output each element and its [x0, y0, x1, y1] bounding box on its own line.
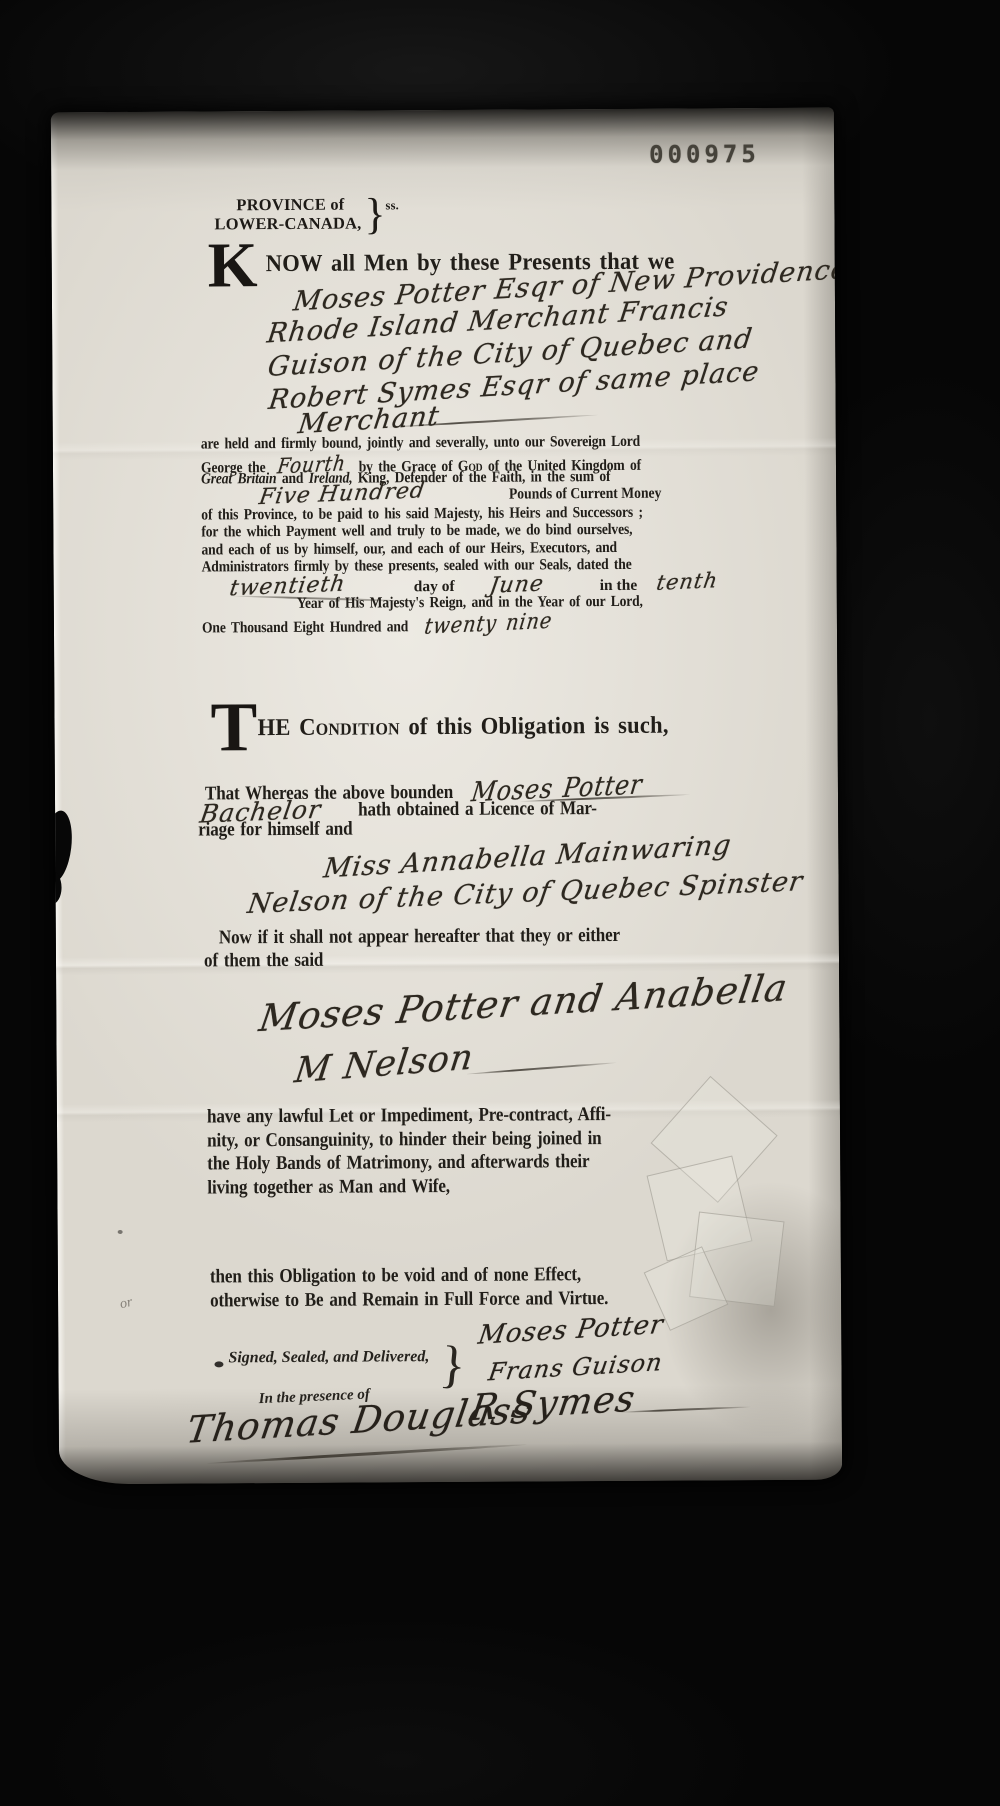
pen-flourish [467, 1062, 617, 1075]
condition-text-smallcaps: Condition [299, 714, 400, 741]
closing-clause: then this Obligation to be void and of n… [210, 1263, 663, 1313]
header-brace: } [364, 188, 385, 239]
document-paper: 000975 PROVINCE of LOWER-CANADA, } ss. K… [51, 108, 842, 1485]
bond-text: Pounds of Current Money [509, 485, 662, 504]
couple-names-script: Moses Potter and Anabella [256, 966, 791, 1040]
document-number-stamp: 000975 [649, 140, 760, 169]
signature-frans-guison: Frans Guison [486, 1348, 664, 1386]
impediment-paragraph: have any lawful Let or Impediment, Pre-c… [207, 1103, 667, 1200]
condition-text: of this Obligation is such, [400, 713, 669, 741]
margin-note: or [119, 1295, 135, 1313]
bond-line: Year of His Majesty's Reign, and in the … [297, 593, 643, 613]
impediment-line: nity, or Consanguinity, to hinder their … [207, 1127, 611, 1153]
bond-line: Five Hundred Pounds of Current Money [201, 483, 671, 506]
ink-speck [118, 1230, 123, 1234]
signature-moses-potter: Moses Potter [476, 1310, 666, 1351]
bond-year-script: twenty nine [423, 608, 554, 639]
now-clause-line: of them the said [204, 950, 323, 973]
bond-text: One Thousand Eight Hundred and [202, 618, 408, 636]
bond-line: One Thousand Eight Hundred and twenty ni… [202, 611, 552, 638]
impediment-line: the Holy Bands of Matrimony, and afterwa… [207, 1150, 611, 1176]
regnal-year-script: tenth [655, 568, 720, 595]
now-clause-line: Now if it shall not appear hereafter tha… [219, 925, 620, 949]
bond-paragraph: are held and firmly bound, jointly and s… [201, 433, 681, 436]
ss-abbreviation: ss. [385, 196, 399, 215]
impediment-line: living together as Man and Wife, [207, 1174, 611, 1200]
ink-speck [214, 1361, 223, 1367]
attestation-brace: } [438, 1335, 469, 1396]
condition-heading: HE Condition of this Obligation is such, [258, 713, 669, 743]
impediment-line: have any lawful Let or Impediment, Pre-c… [207, 1103, 611, 1129]
whereas-text: hath obtained a Licence of Mar- [358, 798, 597, 821]
couple-names-script: M Nelson [292, 1037, 476, 1091]
province-line1: PROVINCE of [214, 196, 361, 215]
signature-thomas-douglass: Thomas Douglass [184, 1388, 535, 1452]
closing-line: then this Obligation to be void and of n… [210, 1263, 608, 1289]
condition-text: HE [258, 715, 300, 741]
attestation-signed-line: Signed, Sealed, and Delivered, [228, 1348, 429, 1367]
closing-line: otherwise to Be and Remain in Full Force… [210, 1287, 608, 1313]
drop-cap-k: K [208, 239, 258, 291]
whereas-line: riage for himself and [198, 819, 352, 842]
scanned-photograph: 000975 PROVINCE of LOWER-CANADA, } ss. K… [0, 0, 1000, 1806]
drop-cap-t: T [210, 699, 257, 757]
whereas-clause: That Whereas the above bounden Moses Pot… [200, 772, 720, 775]
